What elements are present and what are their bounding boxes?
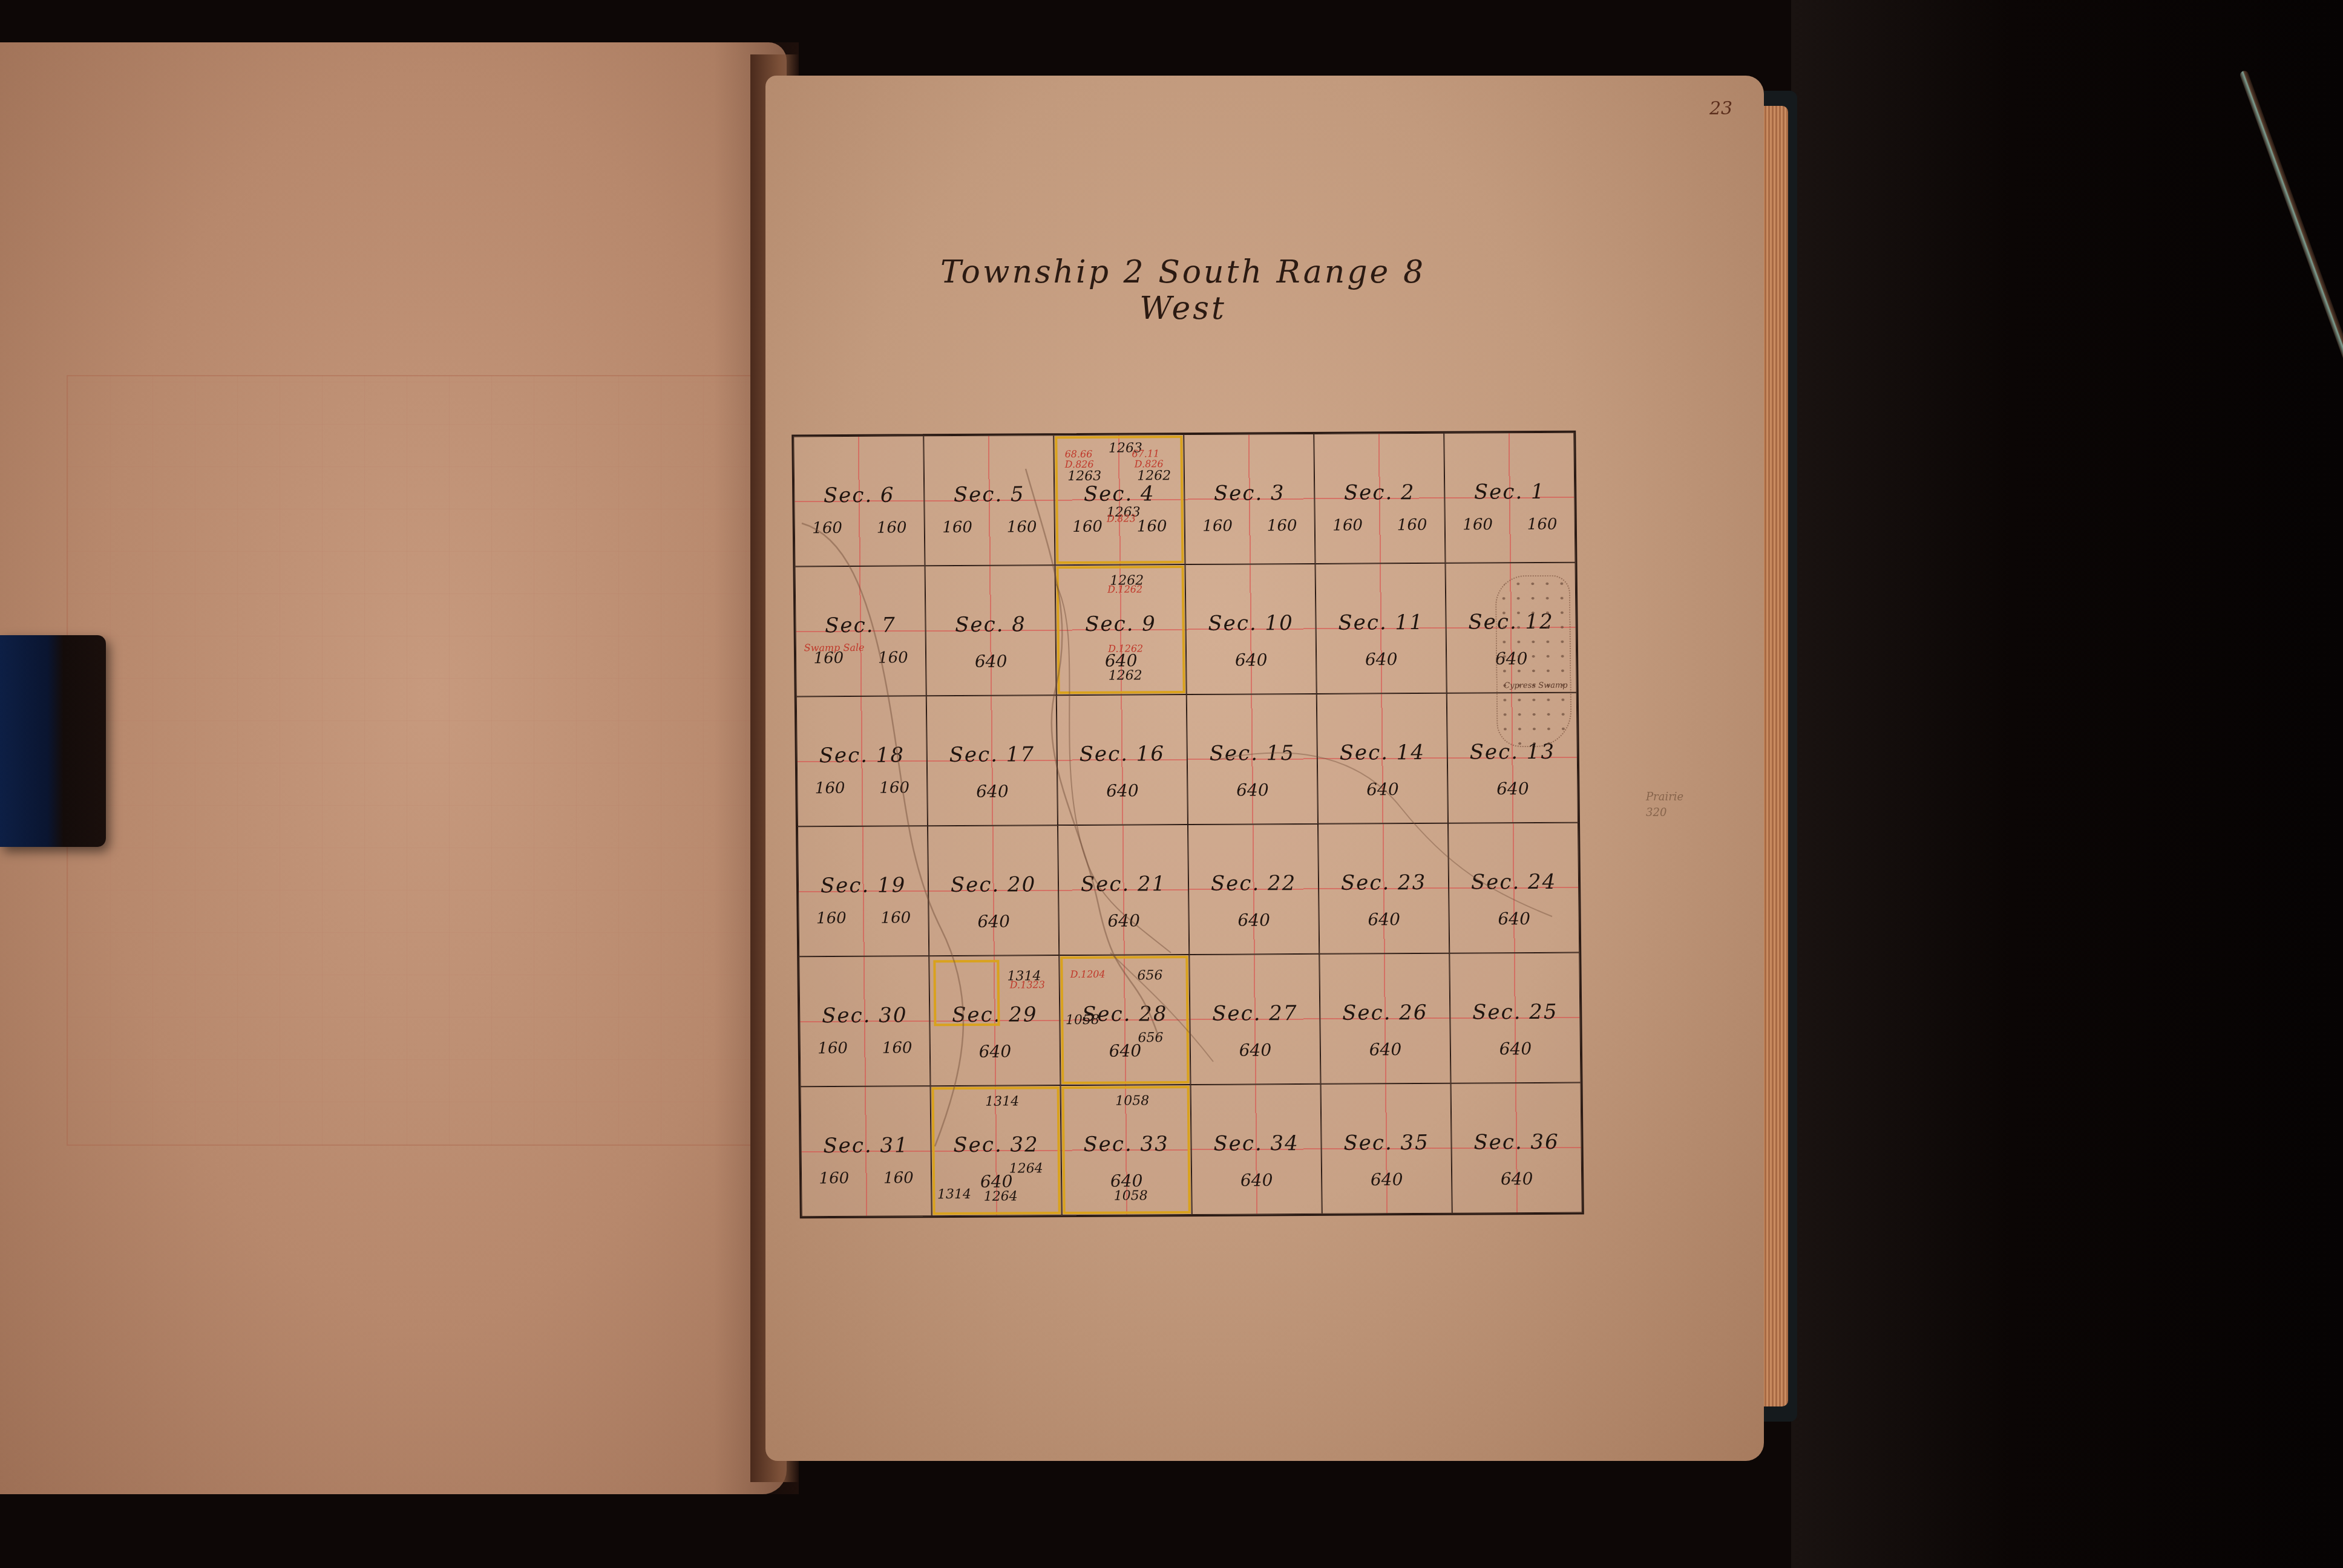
section-label: Sec. 14 [1318, 740, 1447, 765]
section-acreage: 640 [1058, 780, 1187, 801]
acreage-value: 160 [878, 649, 908, 667]
plat-section: Sec. 96401262D.12621262D.1262 [1055, 564, 1186, 695]
section-label: Sec. 11 [1316, 610, 1445, 635]
plat-section: Sec. 35640 [1321, 1083, 1452, 1214]
plat-section: Sec. 15640 [1187, 694, 1318, 825]
section-acreage: 160160 [799, 909, 928, 928]
section-acreage: 640 [926, 651, 1055, 671]
section-label: Sec. 31 [801, 1133, 930, 1158]
section-label: Sec. 36 [1452, 1129, 1581, 1154]
acreage-value: 160 [818, 1039, 848, 1057]
section-acreage: 160160 [925, 518, 1054, 537]
plat-section: Sec. 31160160 [801, 1086, 932, 1217]
section-acreage: 640 [1188, 779, 1317, 800]
plat-section: Sec. 36640 [1451, 1083, 1582, 1214]
entry-annotation: 1263 [1067, 469, 1101, 484]
plat-section: Sec. 24640 [1448, 823, 1579, 953]
entry-annotation: 1264 [983, 1189, 1017, 1204]
section-label: Sec. 25 [1450, 999, 1579, 1024]
page-number: 23 [1709, 98, 1732, 119]
section-acreage: 640 [1318, 779, 1447, 799]
section-label: Sec. 8 [926, 612, 1055, 637]
plat-section: Sec. 26640 [1319, 953, 1450, 1084]
swamp-label: Cypress Swamp [1504, 681, 1568, 691]
acreage-value: 160 [812, 519, 842, 537]
entry-annotation: 1058 [1115, 1093, 1149, 1108]
section-label: Sec. 2 [1315, 480, 1444, 505]
township-plat-grid: Sec. 6160160Sec. 5160160Sec. 41601601263… [791, 431, 1584, 1219]
acreage-value: 160 [819, 1169, 849, 1187]
plat-section: Sec. 11640 [1315, 563, 1446, 694]
plat-section: Sec. 8640 [925, 565, 1056, 696]
plat-section: Sec. 13640 [1447, 693, 1578, 823]
section-label: Sec. 29 [930, 1002, 1059, 1027]
plat-section: Sec. 296401314D.1323 [929, 955, 1060, 1086]
entry-annotation: D.1262 [1108, 642, 1143, 654]
section-label: Sec. 32 [931, 1132, 1060, 1157]
acreage-value: 160 [1007, 518, 1037, 537]
plat-section: Sec. 14640 [1317, 693, 1448, 824]
section-label: Sec. 35 [1322, 1130, 1450, 1155]
entry-annotation: 656 [1137, 969, 1162, 984]
acreage-value: 160 [880, 909, 911, 927]
section-label: Sec. 23 [1319, 870, 1448, 895]
section-label: Sec. 19 [799, 873, 928, 898]
plat-section: Sec. 3160160 [1184, 434, 1315, 564]
acreage-value: 160 [1267, 517, 1297, 535]
acreage-value: 160 [942, 518, 972, 537]
section-acreage: 640 [1187, 649, 1316, 670]
section-label: Sec. 13 [1448, 739, 1577, 764]
section-acreage: 640 [1189, 909, 1318, 930]
plat-section: Sec. 23640 [1318, 823, 1449, 954]
section-label: Sec. 22 [1189, 871, 1318, 896]
section-label: Sec. 4 [1055, 482, 1184, 506]
section-label: Sec. 33 [1061, 1132, 1190, 1157]
dark-background [1791, 0, 2343, 1568]
section-label: Sec. 16 [1058, 742, 1187, 766]
section-label: Sec. 10 [1186, 611, 1315, 636]
section-label: Sec. 5 [925, 482, 1054, 507]
book-weight [0, 635, 106, 847]
acreage-value: 160 [816, 909, 847, 927]
plat-section: Sec. 34640 [1191, 1084, 1322, 1215]
section-label: Sec. 30 [800, 1003, 929, 1028]
section-label: Sec. 27 [1190, 1001, 1319, 1026]
page-edges [1761, 106, 1788, 1406]
plat-section: Sec. 28640656D.12041058656 [1059, 955, 1190, 1085]
entry-annotation: 1262 [1137, 469, 1171, 484]
entry-annotation: 1314 [937, 1187, 971, 1202]
section-acreage: 640 [931, 1041, 1060, 1062]
plat-section: Sec. 27640 [1189, 954, 1320, 1085]
plat-section: Sec. 16640 [1057, 694, 1188, 825]
section-label: Sec. 17 [928, 742, 1057, 767]
entry-annotation: 656 [1138, 1030, 1163, 1045]
plat-section: Sec. 5160160 [923, 435, 1055, 566]
section-acreage: 640 [929, 911, 1058, 932]
entry-annotation: 1262 [1108, 668, 1142, 684]
plat-title: Township 2 South Range 8 West [926, 254, 1440, 327]
acreage-value: 160 [883, 1169, 914, 1187]
acreage-value: 160 [877, 519, 907, 537]
section-label: Sec. 26 [1320, 1000, 1449, 1025]
acreage-value: 160 [1202, 517, 1233, 535]
plat-section: Sec. 10640 [1185, 564, 1316, 694]
plat-section: Sec. 326401314131412641264 [931, 1085, 1062, 1216]
plat-section: Sec. 18160160 [796, 696, 928, 826]
section-label: Sec. 1 [1445, 479, 1574, 504]
section-acreage: 640 [1449, 908, 1578, 929]
section-label: Sec. 20 [929, 872, 1058, 897]
section-label: Sec. 21 [1059, 872, 1188, 897]
acreage-value: 160 [1527, 515, 1558, 534]
plat-section: Sec. 2160160 [1314, 433, 1445, 564]
acreage-value: 160 [1332, 517, 1363, 535]
section-acreage: 160160 [1316, 516, 1444, 535]
acreage-value: 160 [1463, 516, 1493, 534]
section-acreage: 640 [1059, 910, 1188, 931]
plat-section: Sec. 17640 [926, 695, 1058, 826]
section-label: Sec. 24 [1449, 869, 1578, 894]
section-label: Sec. 9 [1056, 612, 1185, 636]
section-label: Sec. 18 [798, 743, 926, 768]
entry-annotation: 1058 [1113, 1189, 1147, 1204]
entry-annotation: D.1204 [1070, 969, 1106, 980]
acreage-value: 160 [1397, 516, 1427, 534]
plat-section: Sec. 20640 [928, 825, 1059, 956]
margin-note: Prairie 320 [1646, 789, 1683, 821]
section-acreage: 160160 [802, 1169, 931, 1188]
plat-section: Sec. 21640 [1058, 825, 1189, 955]
section-acreage: 640 [1448, 778, 1577, 799]
section-acreage: 640 [1317, 648, 1446, 669]
acreage-value: 160 [1137, 517, 1167, 535]
acreage-value: 160 [879, 779, 909, 797]
section-acreage: 640 [1451, 1038, 1580, 1059]
section-acreage: 640 [1319, 909, 1448, 929]
section-label: Sec. 15 [1188, 741, 1317, 766]
swamp-sale-note: Swamp Sale [804, 641, 865, 653]
section-label: Sec. 7 [796, 613, 925, 638]
plat-section: Sec. 30160160 [799, 956, 930, 1086]
section-label: Sec. 34 [1191, 1131, 1320, 1156]
plat-section: Sec. 1160160 [1444, 433, 1575, 563]
left-page-grid [67, 375, 759, 1146]
entry-annotation: D.823 [1107, 512, 1136, 524]
entry-annotation: 1314 [985, 1094, 1019, 1109]
section-acreage: 640 [1322, 1169, 1451, 1189]
section-acreage: 640 [928, 781, 1057, 802]
section-acreage: 640 [1452, 1168, 1581, 1189]
section-acreage: 160160 [798, 779, 926, 798]
section-label: Sec. 3 [1185, 481, 1314, 506]
plat-section: Sec. 7160160Swamp Sale [795, 566, 926, 696]
section-acreage: 640 [1061, 1040, 1190, 1061]
section-acreage: 640 [1191, 1039, 1320, 1060]
section-acreage: 160160 [1185, 517, 1314, 535]
section-acreage: 640 [1192, 1169, 1321, 1190]
plat-section: Sec. 3364010581058 [1061, 1085, 1192, 1215]
section-acreage: 160160 [1446, 515, 1575, 534]
section-acreage: 640 [1062, 1171, 1191, 1191]
section-acreage: 160160 [801, 1039, 929, 1058]
plat-section: Sec. 6160160 [793, 436, 925, 566]
plat-section: Sec. 22640 [1188, 824, 1319, 955]
plat-section: Sec. 25640 [1449, 953, 1581, 1083]
plat-section: Sec. 4160160126368.6667.11D.826D.8261263… [1054, 434, 1185, 565]
entry-annotation: D.1323 [1010, 979, 1045, 991]
entry-annotation: 1058 [1066, 1012, 1099, 1027]
acreage-value: 160 [1072, 518, 1103, 536]
acreage-value: 160 [882, 1039, 913, 1057]
section-acreage: 160160 [795, 519, 924, 538]
entry-annotation: D.1262 [1107, 583, 1142, 595]
acreage-value: 160 [815, 779, 845, 797]
plat-section: Sec. 12640Cypress Swamp [1445, 563, 1576, 693]
section-label: Sec. 6 [795, 483, 923, 508]
section-acreage: 640 [1321, 1039, 1450, 1059]
entry-annotation: 1264 [1009, 1161, 1043, 1176]
plat-section: Sec. 19160160 [798, 826, 929, 956]
